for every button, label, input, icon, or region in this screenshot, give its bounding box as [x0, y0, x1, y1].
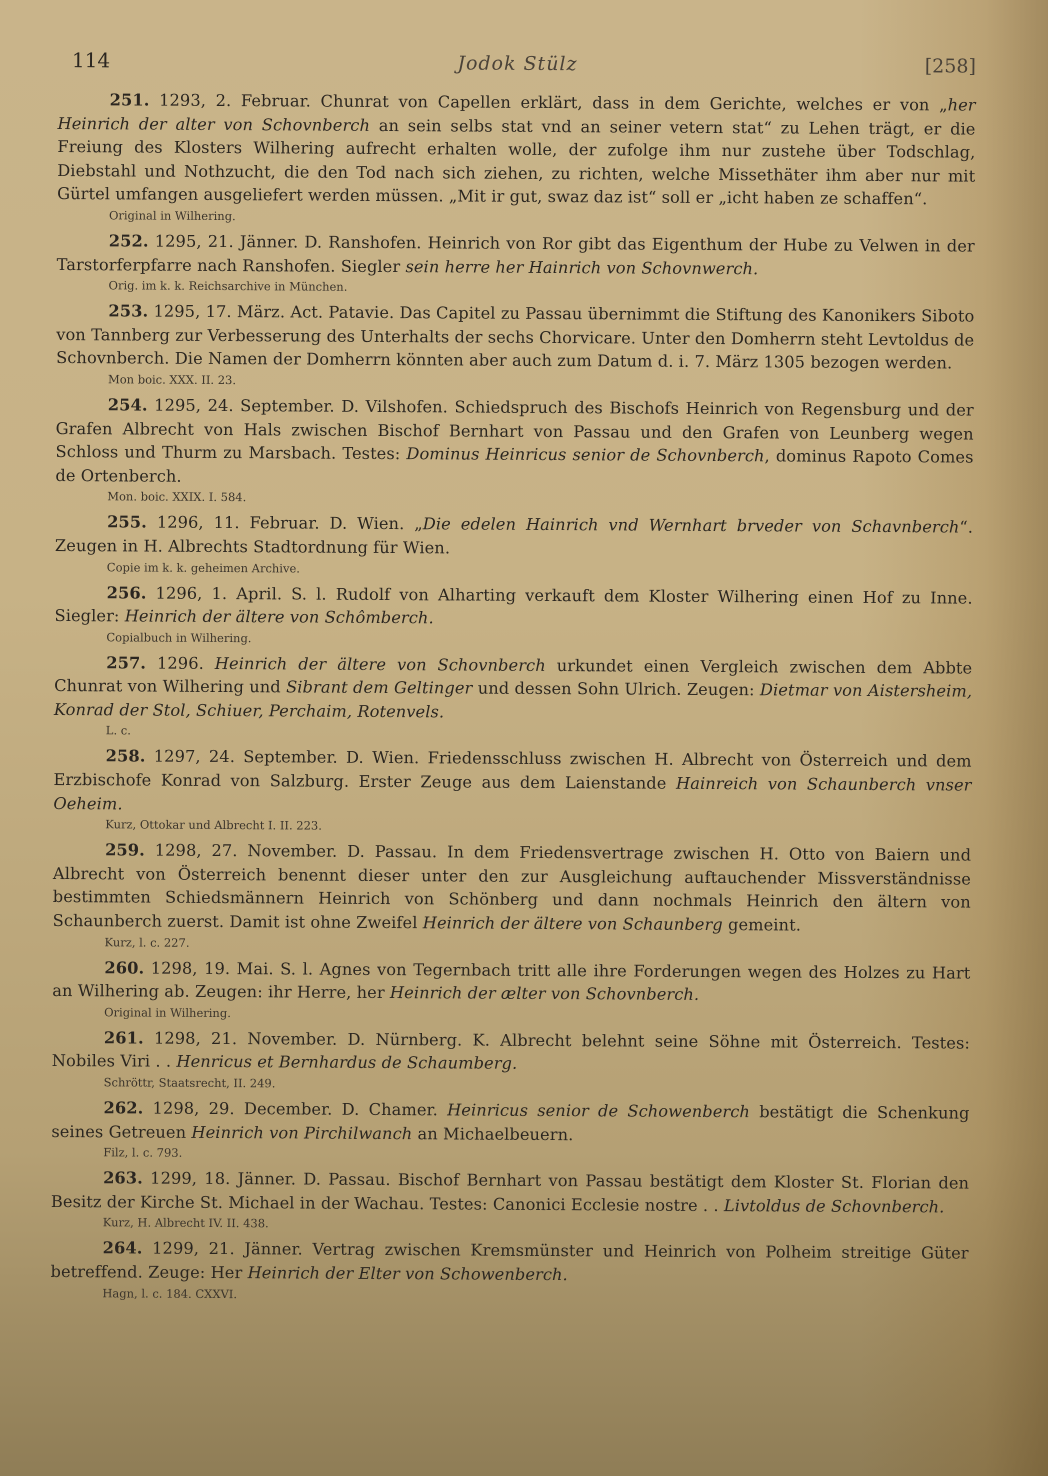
regest-entry: 254. 1295, 24. September. D. Vilshofen. …	[55, 393, 974, 512]
italic-name: Henricus et Bernhardus de Schaumberg.	[176, 1052, 517, 1073]
entry-source: Kurz, Ottokar und Albrecht I. II. 223.	[105, 816, 971, 840]
original-page-number: [258]	[925, 55, 976, 77]
entry-number: 254.	[108, 395, 148, 414]
entry-text: 252. 1295, 21. Jänner. D. Ranshofen. Hei…	[57, 229, 975, 282]
entry-text: 259. 1298, 27. November. D. Passau. In d…	[53, 838, 972, 938]
italic-name: Die edelen Hainrich vnd Wernhart brveder…	[423, 515, 960, 537]
italic-name: Livtoldus de Schovnberch.	[724, 1196, 945, 1216]
italic-name: sein herre her Hainrich von Schovnwerch.	[405, 257, 758, 278]
entry-text-segment: 1295, 17. März. Act. Patavie. Das Capite…	[56, 302, 974, 373]
entry-text: 264. 1299, 21. Jänner. Vertrag zwischen …	[50, 1236, 968, 1289]
regest-entry: 259. 1298, 27. November. D. Passau. In d…	[52, 838, 971, 957]
entry-text-segment: 1293, 2. Februar. Chunrat von Capellen e…	[149, 91, 947, 115]
italic-name: Heinricus senior de Schowenberch	[447, 1100, 750, 1121]
entry-number: 263.	[103, 1168, 143, 1187]
italic-name: Dominus Heinricus senior de Schovnberch	[406, 444, 764, 465]
entry-text-segment: 1298, 29. December. D. Chamer.	[143, 1099, 447, 1120]
entry-source: L. c.	[106, 722, 972, 746]
entry-number: 259.	[105, 841, 145, 860]
entry-number: 264.	[103, 1239, 143, 1258]
entry-number: 252.	[109, 231, 149, 250]
entry-text: 260. 1298, 19. Mai. S. l. Agnes von Tege…	[52, 956, 970, 1009]
regest-entry: 258. 1297, 24. September. D. Wien. Fried…	[53, 744, 972, 839]
italic-name: Sibrant dem Geltinger	[286, 678, 472, 698]
entry-source: Copialbuch in Wilhering.	[106, 628, 972, 652]
entry-text: 263. 1299, 18. Jänner. D. Passau. Bischo…	[51, 1166, 969, 1219]
book-page: 114 Jodok Stülz [258] 251. 1293, 2. Febr…	[50, 48, 976, 1312]
entry-number: 260.	[104, 958, 144, 977]
italic-name: Heinrich der ältere von Schômberch.	[125, 607, 434, 628]
regest-entry: 255. 1296, 11. Februar. D. Wien. „Die ed…	[55, 510, 973, 582]
entry-number: 255.	[107, 513, 147, 532]
entry-list: 251. 1293, 2. Februar. Chunrat von Capel…	[50, 88, 975, 1308]
entry-text: 257. 1296. Heinrich der ältere von Schov…	[54, 651, 972, 727]
entry-text: 256. 1296, 1. April. S. l. Rudolf von Al…	[54, 580, 972, 633]
entry-number: 261.	[104, 1028, 144, 1047]
regest-entry: 260. 1298, 19. Mai. S. l. Agnes von Tege…	[52, 956, 970, 1028]
entry-source: Orig. im k. k. Reichsarchive in München.	[108, 276, 974, 300]
regest-entry: 262. 1298, 29. December. D. Chamer. Hein…	[51, 1096, 969, 1168]
entry-number: 258.	[106, 747, 146, 766]
entry-text: 251. 1293, 2. Februar. Chunrat von Capel…	[57, 88, 976, 212]
regest-entry: 253. 1295, 17. März. Act. Patavie. Das C…	[56, 299, 975, 394]
entry-text-segment: 1296.	[146, 653, 215, 672]
entry-source: Schröttr, Staatsrecht, II. 249.	[104, 1073, 970, 1097]
regest-entry: 263. 1299, 18. Jänner. D. Passau. Bischo…	[51, 1166, 969, 1238]
italic-name: Heinrich der Elter von Schowenberch.	[248, 1263, 568, 1284]
italic-name: Heinrich der ælter von Schovnberch.	[390, 983, 699, 1004]
italic-name: Heinrich der ältere von Schovnberch	[215, 654, 546, 675]
entry-number: 253.	[108, 301, 148, 320]
entry-text: 254. 1295, 24. September. D. Vilshofen. …	[55, 393, 974, 493]
entry-number: 257.	[106, 653, 146, 672]
regest-entry: 257. 1296. Heinrich der ältere von Schov…	[54, 651, 973, 746]
entry-text-segment: gemeint.	[723, 915, 801, 934]
regest-entry: 261. 1298, 21. November. D. Nürnberg. K.…	[52, 1026, 970, 1098]
regest-entry: 252. 1295, 21. Jänner. D. Ranshofen. Hei…	[56, 229, 974, 301]
regest-entry: 251. 1293, 2. Februar. Chunrat von Capel…	[57, 88, 976, 231]
entry-source: Mon. boic. XXIX. I. 584.	[107, 488, 973, 512]
entry-text: 261. 1298, 21. November. D. Nürnberg. K.…	[52, 1026, 970, 1079]
entry-text: 253. 1295, 17. März. Act. Patavie. Das C…	[56, 299, 974, 375]
entry-text: 262. 1298, 29. December. D. Chamer. Hein…	[51, 1096, 969, 1149]
regest-entry: 256. 1296, 1. April. S. l. Rudolf von Al…	[54, 580, 972, 652]
entry-source: Hagn, l. c. 184. CXXVI.	[102, 1284, 968, 1308]
entry-number: 256.	[107, 583, 147, 602]
entry-source: Copie im k. k. geheimen Archive.	[107, 558, 973, 582]
entry-text-segment: an Michaelbeuern.	[412, 1124, 573, 1144]
entry-text-segment: und dessen Sohn Ulrich. Zeugen:	[472, 679, 760, 700]
entry-number: 251.	[110, 90, 150, 109]
entry-text-segment: 1296, 11. Februar. D. Wien. „	[147, 513, 423, 534]
entry-source: Original in Wilhering.	[104, 1003, 970, 1027]
entry-source: Filz, l. c. 793.	[103, 1143, 969, 1167]
entry-text: 255. 1296, 11. Februar. D. Wien. „Die ed…	[55, 510, 973, 563]
running-title-author: Jodok Stülz	[457, 52, 577, 75]
italic-name: Heinrich der ältere von Schaunberg	[423, 913, 723, 934]
regest-entry: 264. 1299, 21. Jänner. Vertrag zwischen …	[50, 1236, 968, 1308]
entry-source: Kurz, l. c. 227.	[104, 933, 970, 957]
entry-text: 258. 1297, 24. September. D. Wien. Fried…	[53, 744, 971, 820]
running-head: 114 Jodok Stülz [258]	[58, 48, 976, 84]
page-number: 114	[58, 48, 110, 72]
italic-name: Heinrich von Pirchilwanch	[191, 1122, 412, 1142]
entry-number: 262.	[103, 1098, 143, 1117]
